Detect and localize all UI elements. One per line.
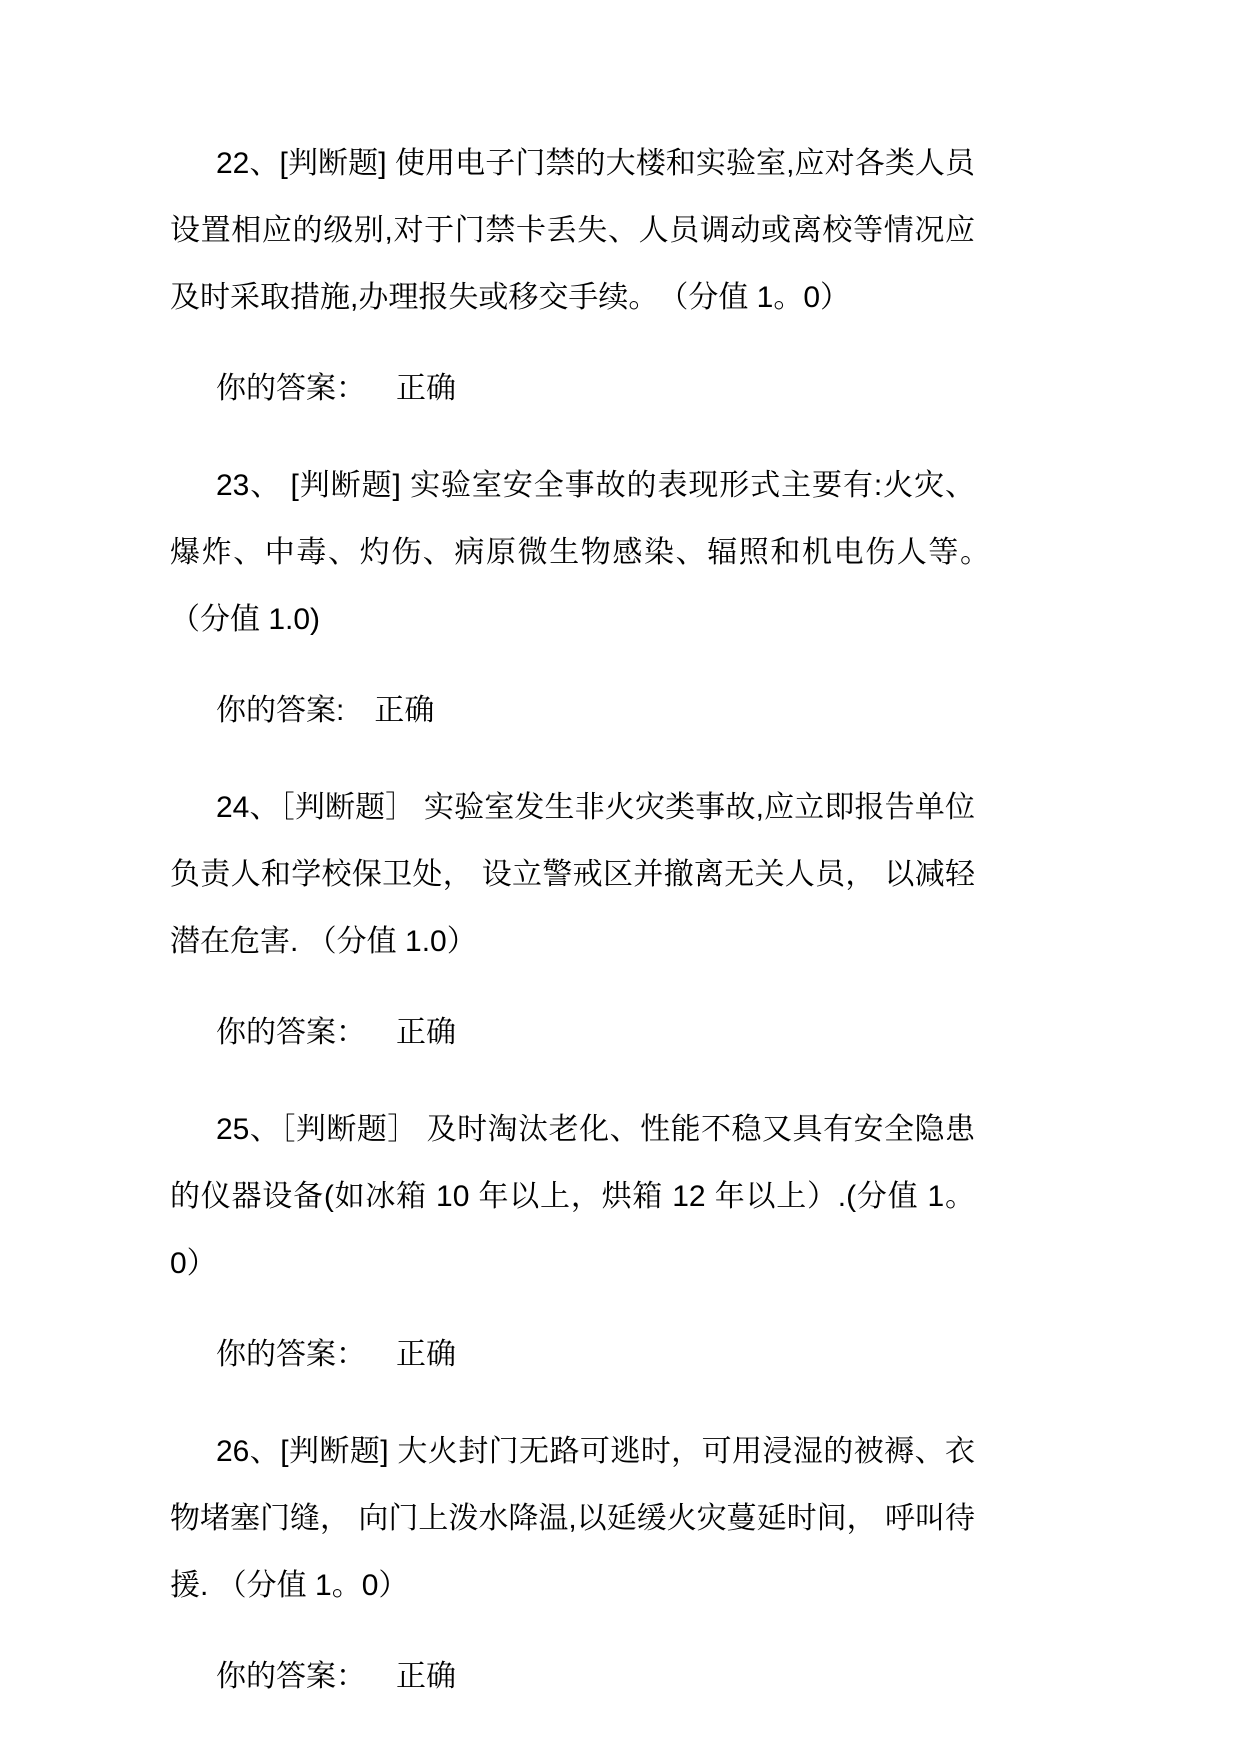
answer-row: 你的答案:正确 — [170, 677, 975, 744]
question-23: 23、 [判断题] 实验室安全事故的表现形式主要有:火灾、爆炸、中毒、灼伤、病原… — [170, 452, 975, 744]
answer-value: 正确 — [396, 1338, 456, 1371]
answer-row: 你的答案：正确 — [170, 1321, 975, 1388]
answer-row: 你的答案：正确 — [170, 1643, 975, 1710]
answer-label: 你的答案： — [216, 1660, 366, 1693]
question-26: 26、[判断题] 大火封门无路可逃时，可用浸湿的被褥、衣物堵塞门缝， 向门上泼水… — [170, 1418, 975, 1710]
answer-label: 你的答案： — [216, 1338, 366, 1371]
question-22: 22、[判断题] 使用电子门禁的大楼和实验室,应对各类人员设置相应的级别,对于门… — [170, 130, 975, 422]
answer-label: 你的答案： — [216, 372, 366, 405]
answer-row: 你的答案：正确 — [170, 355, 975, 422]
question-text: 26、[判断题] 大火封门无路可逃时，可用浸湿的被褥、衣物堵塞门缝， 向门上泼水… — [170, 1418, 975, 1619]
answer-value: 正确 — [396, 1016, 456, 1049]
exam-document-page: 22、[判断题] 使用电子门禁的大楼和实验室,应对各类人员设置相应的级别,对于门… — [0, 0, 1241, 1754]
answer-value: 正确 — [396, 1660, 456, 1693]
question-24: 24、［判断题］ 实验室发生非火灾类事故,应立即报告单位负责人和学校保卫处， 设… — [170, 774, 975, 1066]
answer-value: 正确 — [374, 694, 434, 727]
question-text: 22、[判断题] 使用电子门禁的大楼和实验室,应对各类人员设置相应的级别,对于门… — [170, 130, 975, 331]
question-text: 24、［判断题］ 实验室发生非火灾类事故,应立即报告单位负责人和学校保卫处， 设… — [170, 774, 975, 975]
answer-label: 你的答案： — [216, 1016, 366, 1049]
question-text: 23、 [判断题] 实验室安全事故的表现形式主要有:火灾、爆炸、中毒、灼伤、病原… — [170, 452, 975, 653]
answer-row: 你的答案：正确 — [170, 999, 975, 1066]
answer-label: 你的答案: — [216, 694, 344, 727]
question-text: 25、［判断题］ 及时淘汰老化、性能不稳又具有安全隐患的仪器设备(如冰箱 10 … — [170, 1096, 975, 1297]
answer-value: 正确 — [396, 372, 456, 405]
question-25: 25、［判断题］ 及时淘汰老化、性能不稳又具有安全隐患的仪器设备(如冰箱 10 … — [170, 1096, 975, 1388]
